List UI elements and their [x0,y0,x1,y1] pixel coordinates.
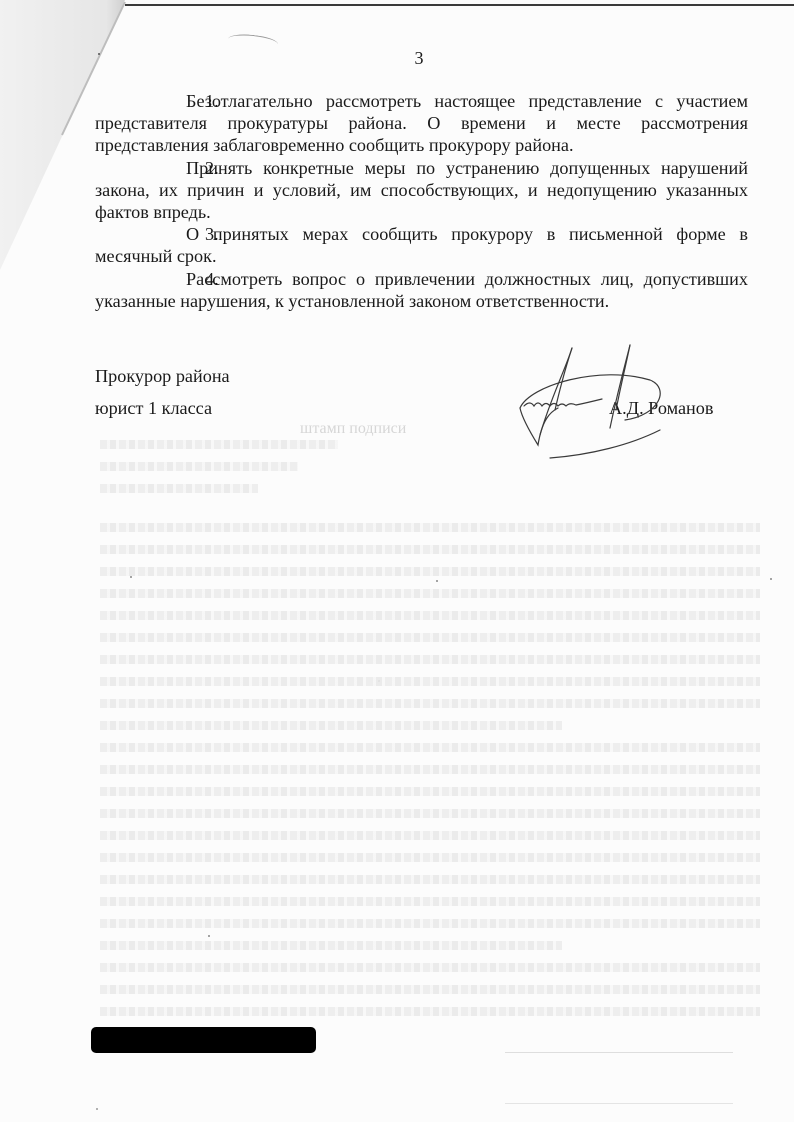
scan-speck [96,1108,98,1110]
document-page: 3 1.Безотлагательно рассмотреть настояще… [0,0,794,1122]
page-top-edge [125,4,794,6]
item-number: 1. [150,90,186,112]
item-number: 2. [150,157,186,179]
bleedthrough-text [100,440,760,1040]
resolution-item: 3.О принятых мерах сообщить прокурору в … [95,223,748,267]
item-text: Рассмотреть вопрос о привлечении должнос… [95,269,748,311]
item-number: 3. [150,223,186,245]
item-text: Безотлагательно рассмотреть настоящее пр… [95,91,748,155]
resolution-item: 4.Рассмотреть вопрос о привлечении должн… [95,268,748,312]
resolution-items: 1.Безотлагательно рассмотреть настоящее … [95,90,748,312]
redaction-bar [91,1027,316,1053]
resolution-item: 2.Принять конкретные меры по устранению … [95,157,748,224]
item-text: Принять конкретные меры по устранению до… [95,158,748,222]
handwritten-signature [510,340,670,460]
stamp-bleedthrough-label: штамп подписи [300,420,406,438]
signatory-rank: юрист 1 класса [95,398,212,419]
item-text: О принятых мерах сообщить прокурору в пи… [95,224,748,266]
item-number: 4. [150,268,186,290]
resolution-item: 1.Безотлагательно рассмотреть настоящее … [95,90,748,157]
signatory-position: Прокурор района [95,366,230,387]
page-number: 3 [0,48,794,69]
scan-speck [770,578,772,580]
bleedthrough-box [505,1052,733,1104]
